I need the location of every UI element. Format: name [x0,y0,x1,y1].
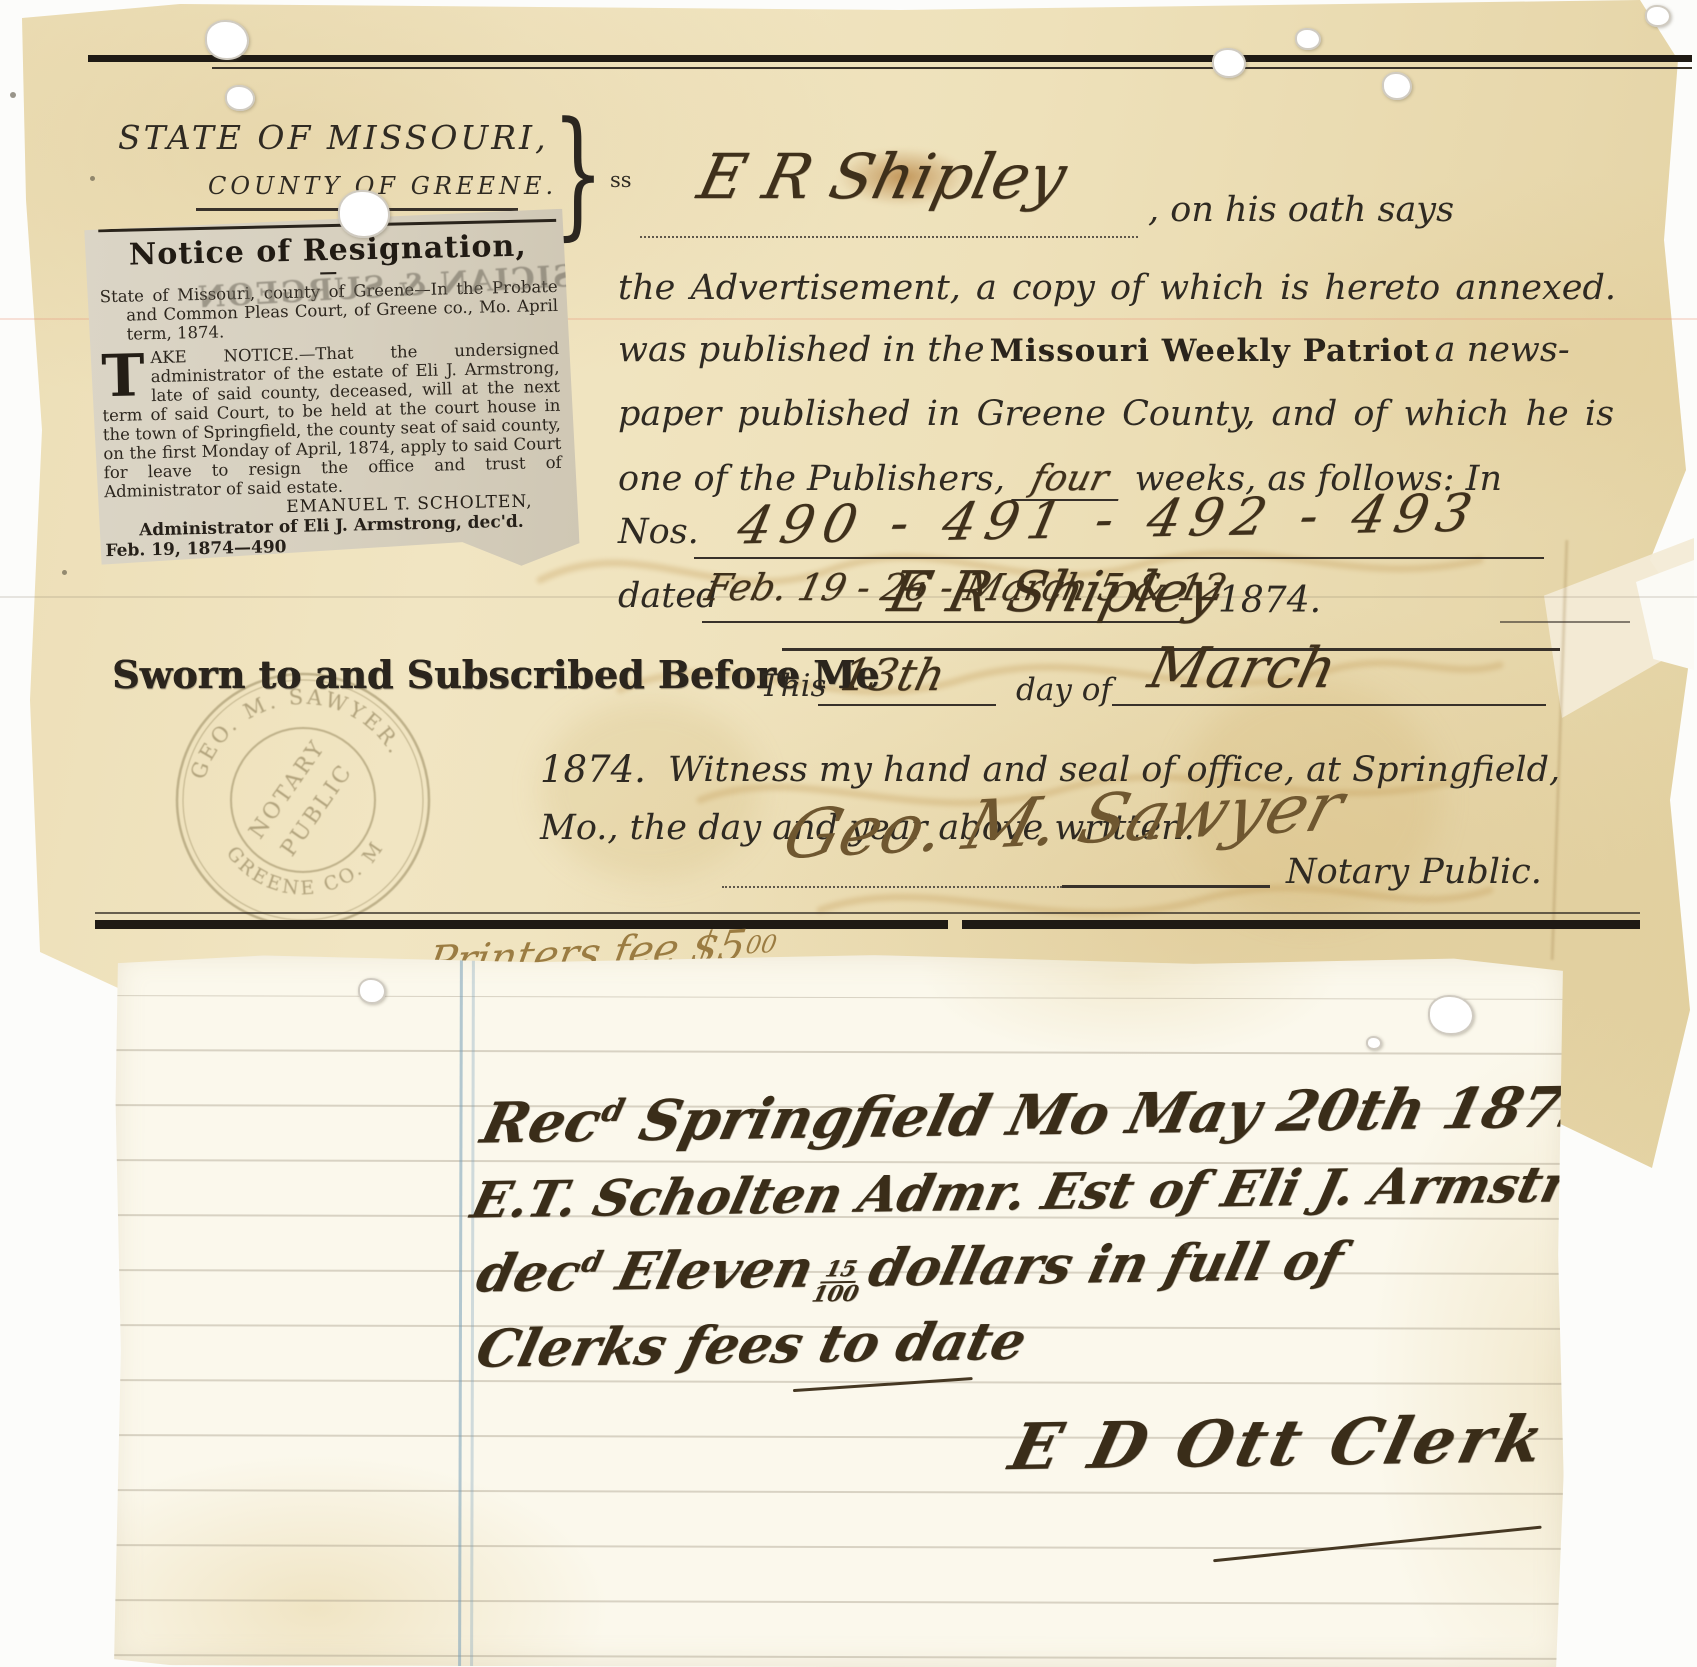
paper-hole [1212,48,1246,78]
day-underline [818,704,996,706]
month-handwritten: March [1142,636,1342,701]
printers-fee-cents: 00 [743,929,779,961]
deponent-line [640,236,1138,238]
receipt-line-4-text: Clerks fees to date [471,1311,1033,1380]
body-line-1: the Advertisement, a copy of which is he… [618,268,1616,308]
top-rule-thin [212,67,1692,69]
receipt-line-4: Clerks fees to date [479,1314,1024,1376]
nos-underline [694,557,1544,559]
receipt-line-1-text: Recd Springfield Mo May 20th 1872 of [475,1073,1689,1157]
dec-abbrev: dec [471,1242,587,1304]
notary-seal: GEO. M. SAWYER. GREENE CO. MO. NOTARY PU… [168,666,438,936]
paper-hole [205,20,249,60]
paper-hole [1428,995,1474,1035]
affiant-signature-handwritten: E R Shipley [882,560,1227,625]
paper-hole [225,85,255,111]
receipt-signature: E D Ott Clerk [1013,1405,1545,1481]
clipping-body: TAKE NOTICE.—That the undersigned admini… [101,339,562,501]
body-line-2-post: a news- [1435,330,1570,370]
ruled-lines [112,951,1566,1667]
speck [62,570,67,575]
receipt-line-2-text: E.T. Scholten Admr. Est of Eli J. Armstr… [466,1153,1681,1230]
receipt-paper: Recd Springfield Mo May 20th 1872 of E.T… [112,951,1566,1667]
body-line-3: paper published in Greene County, and of… [618,394,1614,434]
deponent-name-handwritten: E R Shipley [692,140,1074,213]
ss-abbrev: ss [610,168,632,192]
notary-signature-line-dotted [722,886,1062,888]
month-underline [1112,704,1546,706]
state-heading: STATE OF MISSOURI, [118,118,549,157]
receipt-line-2: E.T. Scholten Admr. Est of Eli J. Armstr… [475,1160,1671,1222]
body-line-2: was published in the Missouri Weekly Pat… [618,330,1570,370]
paper-hole [338,190,390,238]
receipt-line-3-rest: dollars in full of [863,1231,1349,1299]
this-label: This [760,668,826,704]
paper-hole [1382,72,1412,100]
receipt-line-3-text: decd Eleven15100dollars in full of [469,1231,1348,1312]
amount-words: Eleven [593,1239,820,1303]
newspaper-name: Missouri Weekly Patriot [990,333,1430,369]
nos-label: Nos. [618,512,699,552]
receipt-signature-text: E D Ott Clerk [1003,1402,1555,1485]
speck [90,176,95,181]
fraction-denominator: 100 [810,1283,861,1307]
receipt-line-1: Recd Springfield Mo May 20th 1872 of [485,1080,1679,1149]
rec-abbrev: Rec [475,1089,607,1157]
fraction-numerator: 15 [821,1258,861,1283]
notary-signature-line [1062,885,1270,888]
notary-title: Notary Public. [1286,852,1542,892]
county-heading: COUNTY OF GREENE. [208,172,557,200]
paper-hole [1366,1036,1382,1050]
receipt-line-3: decd Eleven15100dollars in full of [479,1236,1339,1306]
cents-fraction: 15100 [810,1258,867,1306]
newspaper-clipping: Notice of Resignation, — State of Missou… [84,209,580,576]
top-rule-thick [88,55,1692,62]
paper-hole [1645,5,1671,27]
oath-text: , on his oath says [1148,190,1454,230]
scanned-document-page: STATE OF MISSOURI, COUNTY OF GREENE. } s… [0,0,1697,1667]
bottom-rule-thick-right [962,920,1640,929]
paper-hole [1295,28,1321,50]
receipt-line-1-rest: Springfield Mo May 20th 1872 of [614,1073,1690,1155]
body-line-2-pre: was published in the [618,330,985,370]
speck [1184,1244,1189,1249]
clipping-dropcap: T [101,352,145,399]
dated-underline-tail [1500,621,1630,623]
clipping-body-text: AKE NOTICE.—That the undersigned adminis… [102,339,562,501]
dated-year: 1874. [1218,580,1321,621]
year-value: 1874. [540,748,646,791]
day-of-label: day of [1016,672,1112,708]
bottom-rule-thick-left [95,920,948,929]
paper-hole [358,978,386,1004]
bottom-rule-thin [95,912,1640,914]
speck [10,92,16,98]
day-handwritten: 13th [836,650,950,701]
